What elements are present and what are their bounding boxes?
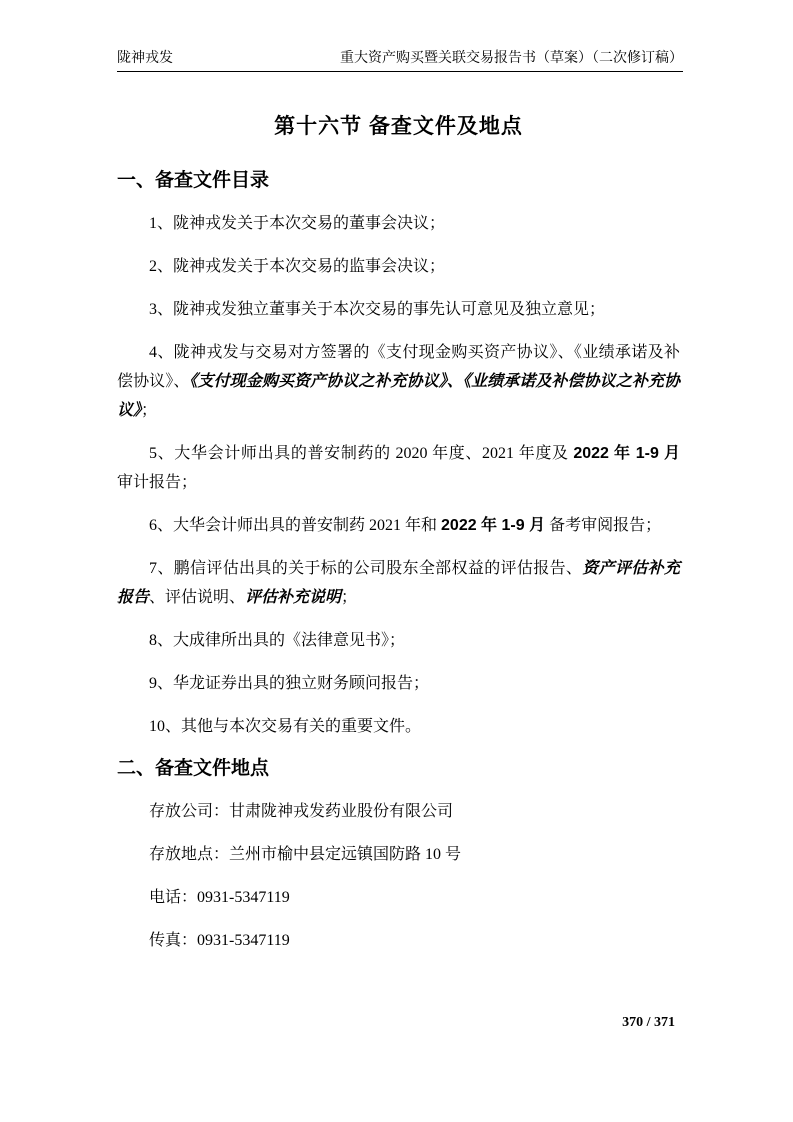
text-run: 9、华龙证券出具的独立财务顾问报告； <box>149 675 429 692</box>
location-list: 存放公司：甘肃陇神戎发药业股份有限公司存放地点：兰州市榆中县定远镇国防路 10 … <box>117 797 680 955</box>
header-document-title: 重大资产购买暨关联交易报告书（草案）（二次修订稿） <box>340 50 683 68</box>
text-run: 2022 年 1-9 月 <box>441 517 545 534</box>
location-line: 电话：0931-5347119 <box>117 883 680 912</box>
text-run: 6、大华会计师出具的普安制药 2021 年和 <box>149 517 441 534</box>
location-line: 存放地点：兰州市榆中县定远镇国防路 10 号 <box>117 840 680 869</box>
text-run: 5、大华会计师出具的普安制药的 2020 年度、2021 年度及 <box>149 445 573 462</box>
document-page: 陇神戎发 重大资产购买暨关联交易报告书（草案）（二次修订稿） 第十六节 备查文件… <box>0 0 793 1122</box>
location-section-heading: 二、备查文件地点 <box>117 755 680 783</box>
catalog-item: 9、华龙证券出具的独立财务顾问报告； <box>117 669 680 698</box>
catalog-item: 10、其他与本次交易有关的重要文件。 <box>117 712 680 741</box>
catalog-section-heading: 一、备查文件目录 <box>117 167 680 195</box>
catalog-item: 7、鹏信评估出具的关于标的公司股东全部权益的评估报告、资产评估补充报告、评估说明… <box>117 554 680 612</box>
text-run: 8、大成律所出具的《法律意见书》； <box>149 632 405 649</box>
page-number: 370 / 371 <box>622 1015 675 1030</box>
document-content: 第十六节 备查文件及地点 一、备查文件目录 1、陇神戎发关于本次交易的董事会决议… <box>117 71 680 955</box>
text-run: 10、其他与本次交易有关的重要文件。 <box>149 718 421 735</box>
text-run: 、评估说明、 <box>149 589 245 606</box>
catalog-item: 4、陇神戎发与交易对方签署的《支付现金购买资产协议》、《业绩承诺及补偿协议》、《… <box>117 338 680 425</box>
text-run: 《支付现金购买资产协议之补充协议》、《业绩承诺及补偿协议之补充协议》 <box>117 373 680 419</box>
text-run: 3、陇神戎发独立董事关于本次交易的事先认可意见及独立意见； <box>149 301 605 318</box>
text-run: 2、陇神戎发关于本次交易的监事会决议； <box>149 258 445 275</box>
text-run: 2022 年 1-9 月 <box>573 445 680 462</box>
catalog-list: 1、陇神戎发关于本次交易的董事会决议；2、陇神戎发关于本次交易的监事会决议；3、… <box>117 209 680 741</box>
header-company-name: 陇神戎发 <box>117 50 173 68</box>
catalog-item: 6、大华会计师出具的普安制药 2021 年和 2022 年 1-9 月 备考审阅… <box>117 511 680 540</box>
text-run: ； <box>141 402 157 419</box>
catalog-item: 2、陇神戎发关于本次交易的监事会决议； <box>117 252 680 281</box>
catalog-item: 5、大华会计师出具的普安制药的 2020 年度、2021 年度及 2022 年 … <box>117 439 680 497</box>
text-run: 备考审阅报告； <box>545 517 661 534</box>
location-line: 传真：0931-5347119 <box>117 926 680 955</box>
catalog-item: 3、陇神戎发独立董事关于本次交易的事先认可意见及独立意见； <box>117 295 680 324</box>
chapter-title: 第十六节 备查文件及地点 <box>117 111 680 143</box>
text-run: ； <box>341 589 357 606</box>
text-run: 评估补充说明 <box>245 589 341 606</box>
catalog-item: 1、陇神戎发关于本次交易的董事会决议； <box>117 209 680 238</box>
text-run: 审计报告； <box>117 474 197 491</box>
catalog-item: 8、大成律所出具的《法律意见书》； <box>117 626 680 655</box>
page-footer: 370 / 371 <box>622 1014 675 1032</box>
text-run: 1、陇神戎发关于本次交易的董事会决议； <box>149 215 445 232</box>
location-line: 存放公司：甘肃陇神戎发药业股份有限公司 <box>117 797 680 826</box>
text-run: 7、鹏信评估出具的关于标的公司股东全部权益的评估报告、 <box>149 560 582 577</box>
page-header: 陇神戎发 重大资产购买暨关联交易报告书（草案）（二次修订稿） <box>117 50 683 72</box>
